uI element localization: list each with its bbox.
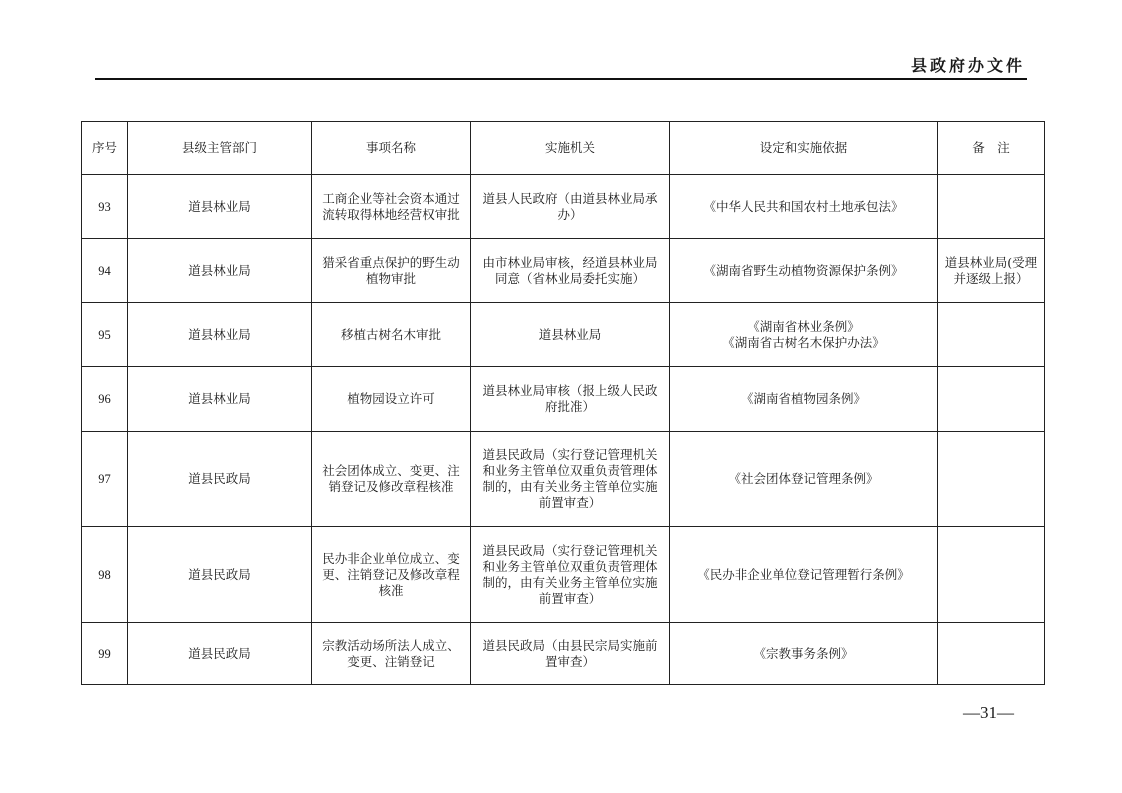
cell-department: 道县民政局 <box>128 527 312 623</box>
column-header-agency: 实施机关 <box>471 122 670 175</box>
column-header-item-name: 事项名称 <box>312 122 471 175</box>
document-header: 县政府办文件 <box>95 56 1027 80</box>
cell-item-name: 移植古树名木审批 <box>312 303 471 367</box>
column-header-note: 备 注 <box>938 122 1045 175</box>
cell-department: 道县林业局 <box>128 367 312 432</box>
basis-law: 《民办非企业单位登记管理暂行条例》 <box>676 567 931 583</box>
table-row: 93道县林业局工商企业等社会资本通过流转取得林地经营权审批道县人民政府（由道县林… <box>82 175 1045 239</box>
cell-department: 道县民政局 <box>128 432 312 527</box>
table-row: 98道县民政局民办非企业单位成立、变更、注销登记及修改章程核准道县民政局（实行登… <box>82 527 1045 623</box>
cell-note <box>938 175 1045 239</box>
cell-basis: 《中华人民共和国农村土地承包法》 <box>670 175 938 239</box>
cell-agency: 道县林业局审核（报上级人民政府批准） <box>471 367 670 432</box>
cell-basis: 《湖南省林业条例》《湖南省古树名木保护办法》 <box>670 303 938 367</box>
table-header-row: 序号 县级主管部门 事项名称 实施机关 设定和实施依据 备 注 <box>82 122 1045 175</box>
cell-note <box>938 367 1045 432</box>
basis-law: 《湖南省古树名木保护办法》 <box>676 335 931 351</box>
basis-law: 《湖南省野生动植物资源保护条例》 <box>676 263 931 279</box>
table-row: 96道县林业局植物园设立许可道县林业局审核（报上级人民政府批准）《湖南省植物园条… <box>82 367 1045 432</box>
administrative-items-table: 序号 县级主管部门 事项名称 实施机关 设定和实施依据 备 注 93道县林业局工… <box>81 121 1045 685</box>
cell-basis: 《社会团体登记管理条例》 <box>670 432 938 527</box>
cell-basis: 《宗教事务条例》 <box>670 623 938 685</box>
column-header-basis: 设定和实施依据 <box>670 122 938 175</box>
basis-law: 《中华人民共和国农村土地承包法》 <box>676 199 931 215</box>
column-header-department: 县级主管部门 <box>128 122 312 175</box>
cell-basis: 《民办非企业单位登记管理暂行条例》 <box>670 527 938 623</box>
page-number: —31— <box>963 703 1014 723</box>
cell-department: 道县林业局 <box>128 239 312 303</box>
cell-item-name: 社会团体成立、变更、注销登记及修改章程核准 <box>312 432 471 527</box>
cell-no: 93 <box>82 175 128 239</box>
table-body: 93道县林业局工商企业等社会资本通过流转取得林地经营权审批道县人民政府（由道县林… <box>82 175 1045 685</box>
cell-no: 96 <box>82 367 128 432</box>
cell-note: 道县林业局(受理并逐级上报） <box>938 239 1045 303</box>
cell-agency: 道县林业局 <box>471 303 670 367</box>
cell-no: 95 <box>82 303 128 367</box>
cell-no: 94 <box>82 239 128 303</box>
cell-item-name: 民办非企业单位成立、变更、注销登记及修改章程核准 <box>312 527 471 623</box>
cell-basis: 《湖南省植物园条例》 <box>670 367 938 432</box>
cell-no: 99 <box>82 623 128 685</box>
cell-no: 98 <box>82 527 128 623</box>
basis-law: 《宗教事务条例》 <box>676 646 931 662</box>
cell-note <box>938 303 1045 367</box>
cell-no: 97 <box>82 432 128 527</box>
cell-agency: 道县人民政府（由道县林业局承办） <box>471 175 670 239</box>
basis-law: 《社会团体登记管理条例》 <box>676 471 931 487</box>
cell-item-name: 猎采省重点保护的野生动植物审批 <box>312 239 471 303</box>
table-row: 99道县民政局宗教活动场所法人成立、变更、注销登记道县民政局（由县民宗局实施前置… <box>82 623 1045 685</box>
cell-item-name: 宗教活动场所法人成立、变更、注销登记 <box>312 623 471 685</box>
cell-department: 道县民政局 <box>128 623 312 685</box>
column-header-no: 序号 <box>82 122 128 175</box>
cell-note <box>938 623 1045 685</box>
cell-department: 道县林业局 <box>128 175 312 239</box>
cell-agency: 道县民政局（实行登记管理机关和业务主管单位双重负责管理体制的，由有关业务主管单位… <box>471 527 670 623</box>
cell-item-name: 植物园设立许可 <box>312 367 471 432</box>
table-row: 95道县林业局移植古树名木审批道县林业局《湖南省林业条例》《湖南省古树名木保护办… <box>82 303 1045 367</box>
table-row: 97道县民政局社会团体成立、变更、注销登记及修改章程核准道县民政局（实行登记管理… <box>82 432 1045 527</box>
document-header-title: 县政府办文件 <box>911 56 1025 76</box>
cell-basis: 《湖南省野生动植物资源保护条例》 <box>670 239 938 303</box>
basis-law: 《湖南省植物园条例》 <box>676 391 931 407</box>
table-row: 94道县林业局猎采省重点保护的野生动植物审批由市林业局审核，经道县林业局同意（省… <box>82 239 1045 303</box>
cell-note <box>938 527 1045 623</box>
cell-department: 道县林业局 <box>128 303 312 367</box>
cell-item-name: 工商企业等社会资本通过流转取得林地经营权审批 <box>312 175 471 239</box>
cell-agency: 由市林业局审核，经道县林业局同意（省林业局委托实施） <box>471 239 670 303</box>
cell-agency: 道县民政局（由县民宗局实施前置审查） <box>471 623 670 685</box>
cell-note <box>938 432 1045 527</box>
cell-agency: 道县民政局（实行登记管理机关和业务主管单位双重负责管理体制的，由有关业务主管单位… <box>471 432 670 527</box>
basis-law: 《湖南省林业条例》 <box>676 319 931 335</box>
